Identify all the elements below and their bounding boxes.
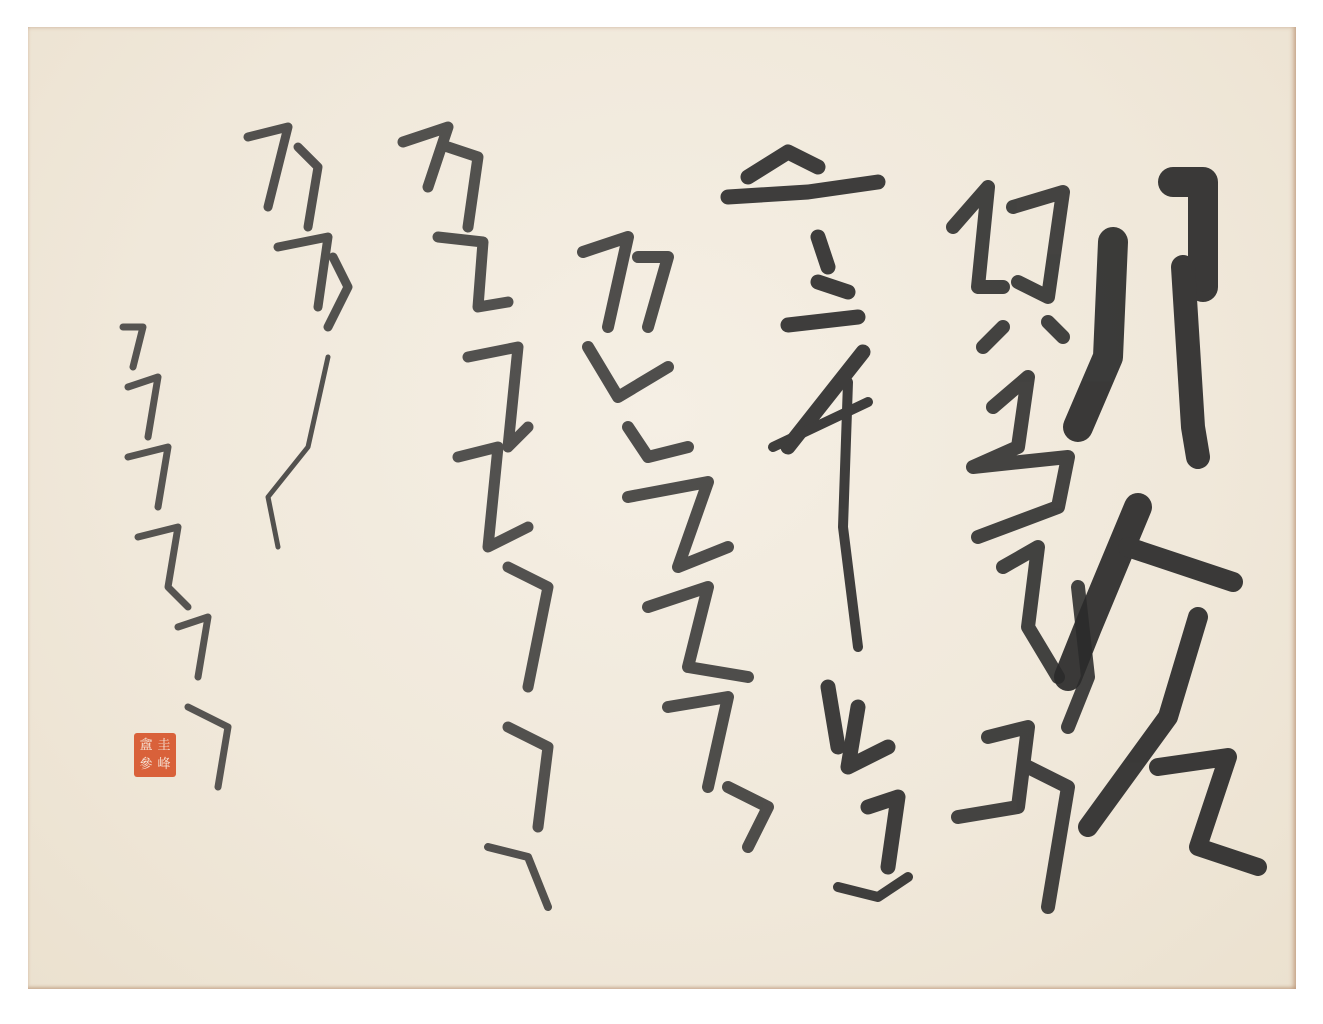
seal-char: 峰 [157, 756, 170, 774]
red-seal-stamp: 盦 圭 參 峰 [134, 733, 176, 777]
column-5 [403, 127, 548, 907]
column-1 [1068, 182, 1258, 867]
seal-char: 參 [139, 756, 152, 774]
column-6 [248, 127, 348, 547]
column-4 [583, 237, 768, 847]
calligraphy-strokes [28, 27, 1296, 989]
calligraphy-paper: 盦 圭 參 峰 [28, 27, 1296, 989]
column-2 [953, 187, 1088, 907]
seal-char: 盦 [139, 737, 152, 755]
column-7-signature [123, 327, 228, 787]
column-3 [728, 152, 908, 897]
seal-char: 圭 [157, 737, 170, 755]
